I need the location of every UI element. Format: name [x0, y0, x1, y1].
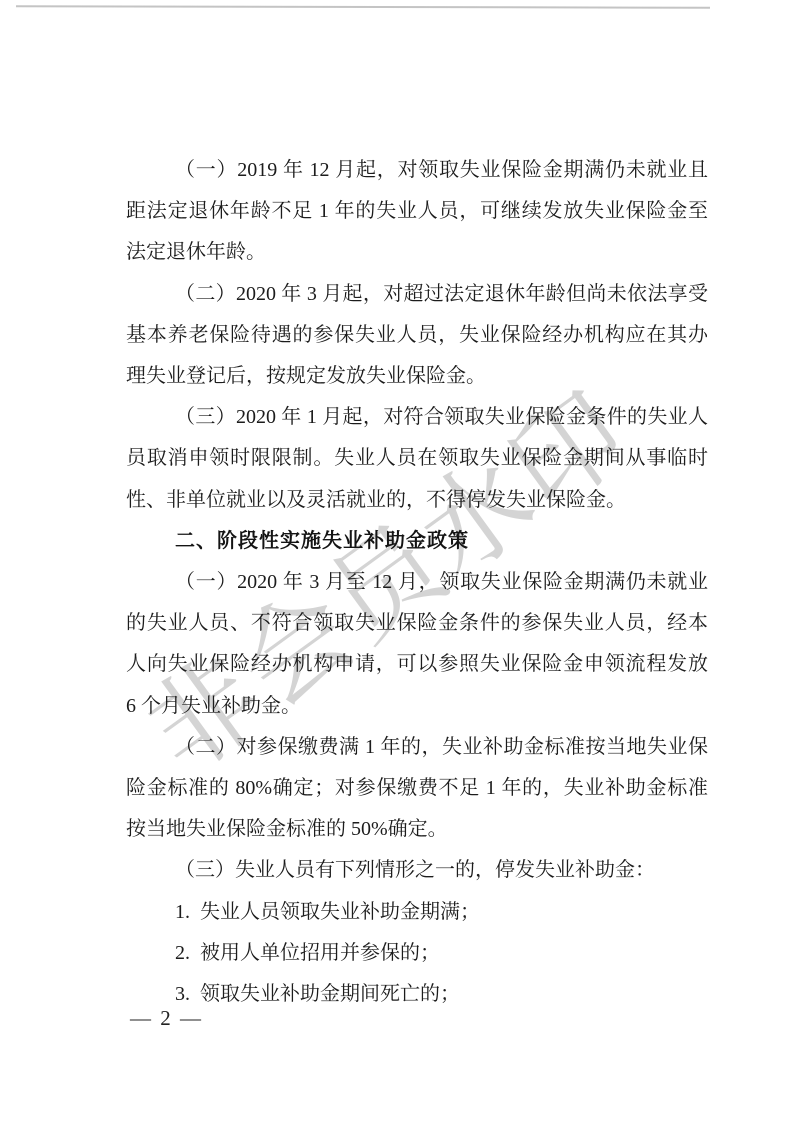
text-line: 的失业人员、不符合领取失业保险金条件的参保失业人员，经本 [126, 603, 708, 644]
text-line: 人向失业保险经办机构申请，可以参照失业保险金申领流程发放 [126, 644, 708, 685]
text-line: 6 个月失业补助金。 [126, 686, 708, 727]
text-line: （三）2020 年 1 月起，对符合领取失业保险金条件的失业人 [126, 397, 708, 438]
text-line: （一）2020 年 3 月至 12 月，领取失业保险金期满仍未就业 [126, 562, 708, 603]
document-page: 非会员水印 （一）2019 年 12 月起，对领取失业保险金期满仍未就业且 距法… [0, 0, 791, 1121]
text-line: 理失业登记后，按规定发放失业保险金。 [126, 356, 708, 397]
scan-artifact-line [16, 5, 710, 8]
text-line: 法定退休年龄。 [126, 232, 708, 273]
text-line: （一）2019 年 12 月起，对领取失业保险金期满仍未就业且 [126, 150, 708, 191]
text-line: （二）2020 年 3 月起，对超过法定退休年龄但尚未依法享受 [126, 274, 708, 315]
text-line: 按当地失业保险金标准的 50%确定。 [126, 809, 708, 850]
list-item: 3. 领取失业补助金期间死亡的； [126, 974, 708, 1015]
text-line: 员取消申领时限限制。失业人员在领取失业保险金期间从事临时 [126, 438, 708, 479]
text-line: （二）对参保缴费满 1 年的，失业补助金标准按当地失业保 [126, 727, 708, 768]
page-number: — 2 — [130, 1006, 203, 1031]
text-line: 险金标准的 80%确定；对参保缴费不足 1 年的，失业补助金标准 [126, 768, 708, 809]
section-heading: 二、阶段性实施失业补助金政策 [126, 521, 708, 562]
document-body: （一）2019 年 12 月起，对领取失业保险金期满仍未就业且 距法定退休年龄不… [126, 150, 708, 1015]
list-item: 1. 失业人员领取失业补助金期满； [126, 892, 708, 933]
list-item: 2. 被用人单位招用并参保的； [126, 933, 708, 974]
text-line: 距法定退休年龄不足 1 年的失业人员，可继续发放失业保险金至 [126, 191, 708, 232]
text-line: 性、非单位就业以及灵活就业的，不得停发失业保险金。 [126, 480, 708, 521]
text-line: 基本养老保险待遇的参保失业人员，失业保险经办机构应在其办 [126, 315, 708, 356]
text-line: （三）失业人员有下列情形之一的，停发失业补助金： [126, 850, 708, 891]
